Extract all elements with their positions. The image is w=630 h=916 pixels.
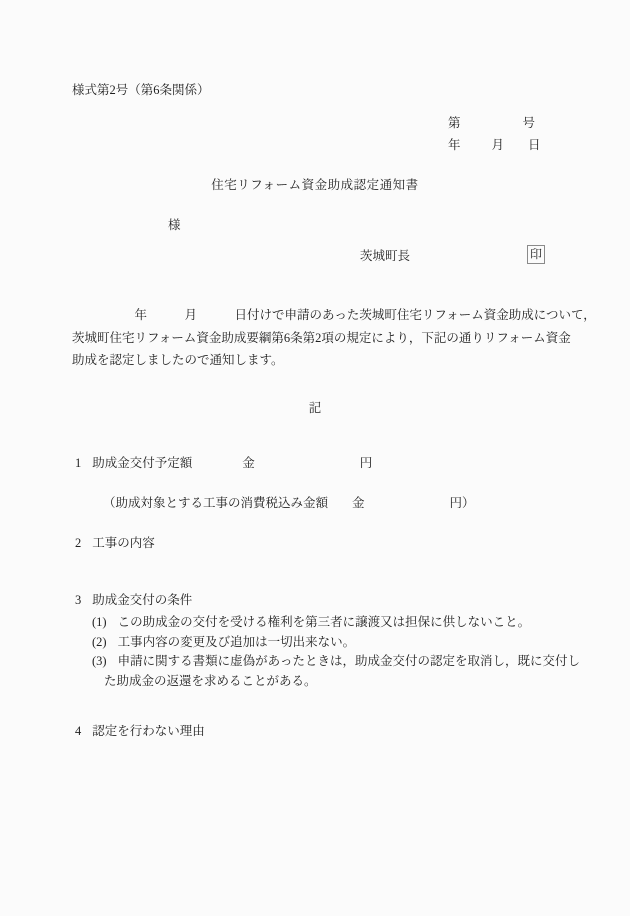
body-line-2: 茨城町住宅リフォーム資金助成要綱第6条第2項の規定により，下記の通りリフォーム資…	[72, 327, 596, 350]
form-number: 様式第2号（第6条関係）	[72, 82, 210, 99]
body-line-3: 助成を認定しましたので通知します。	[72, 349, 596, 372]
item-3-sub-2-number: (2)	[92, 635, 107, 649]
item-3-sub-3-number: (3)	[92, 654, 107, 668]
item-3-sub-2: (2)工事内容の変更及び追加は一切出来ない。	[92, 634, 355, 651]
item-3-sub-1: (1)この助成金の交付を受ける権利を第三者に譲渡又は担保に供しないこと。	[92, 614, 530, 631]
item-4-reason-no-certification: 4認定を行わない理由	[75, 723, 205, 740]
body-line-1: 年 月 日付けで申請のあった茨城町住宅リフォーム資金助成について，	[72, 304, 596, 327]
item-3-sub-2-text: 工事内容の変更及び追加は一切出来ない。	[118, 635, 356, 649]
seal-mark: 印	[527, 245, 545, 264]
item-3-sub-1-text: この助成金の交付を受ける権利を第三者に譲渡又は担保に供しないこと。	[118, 615, 531, 629]
item-1-label: 助成金交付予定額	[92, 456, 192, 470]
item-1-grant-amount: 1助成金交付予定額金円	[75, 455, 372, 472]
record-marker: 記	[0, 400, 630, 417]
doc-number-suffix: 号	[523, 116, 536, 130]
doc-number-prefix: 第	[448, 116, 461, 130]
item-3-label: 助成金交付の条件	[92, 593, 192, 607]
body-paragraph: 年 月 日付けで申請のあった茨城町住宅リフォーム資金助成について， 茨城町住宅リ…	[72, 304, 596, 372]
item-4-label: 認定を行わない理由	[92, 724, 205, 738]
item-1-money-prefix: 金	[242, 456, 255, 470]
date-line: 年月日	[448, 137, 541, 154]
item-1-number: 1	[75, 456, 81, 470]
addressee-honorific: 様	[168, 217, 181, 234]
date-month-label: 月	[492, 138, 505, 152]
date-day-label: 日	[528, 138, 541, 152]
item-1-money-suffix: 円	[360, 456, 373, 470]
item-1-note-label: （助成対象とする工事の消費税込み金額	[103, 496, 328, 510]
item-3-sub-1-number: (1)	[92, 615, 107, 629]
doc-number-line: 第号	[448, 115, 535, 132]
item-3-sub-3: (3)申請に関する書類に虚偽があったときは，助成金交付の認定を取消し，既に交付し	[92, 653, 580, 670]
seal-icon: 印	[527, 245, 545, 264]
item-1-note-tax-included: （助成対象とする工事の消費税込み金額金円）	[103, 495, 475, 512]
item-3-number: 3	[75, 593, 81, 607]
item-2-number: 2	[75, 536, 81, 550]
item-3-grant-conditions: 3助成金交付の条件	[75, 592, 192, 609]
item-3-sub-3-continuation: た助成金の返還を求めることがある。	[104, 673, 317, 690]
item-1-note-money-prefix: 金	[352, 496, 365, 510]
document-title: 住宅リフォーム資金助成認定通知書	[0, 177, 630, 194]
item-1-note-money-suffix: 円）	[450, 496, 475, 510]
date-year-label: 年	[448, 138, 461, 152]
item-2-label: 工事の内容	[92, 536, 155, 550]
notice-document-page: 様式第2号（第6条関係） 第号 年月日 住宅リフォーム資金助成認定通知書 様 茨…	[0, 0, 630, 916]
item-2-work-contents: 2工事の内容	[75, 535, 155, 552]
sender-name: 茨城町長	[360, 248, 410, 265]
item-3-sub-3-text: 申請に関する書類に虚偽があったときは，助成金交付の認定を取消し，既に交付し	[118, 654, 580, 668]
item-4-number: 4	[75, 724, 81, 738]
